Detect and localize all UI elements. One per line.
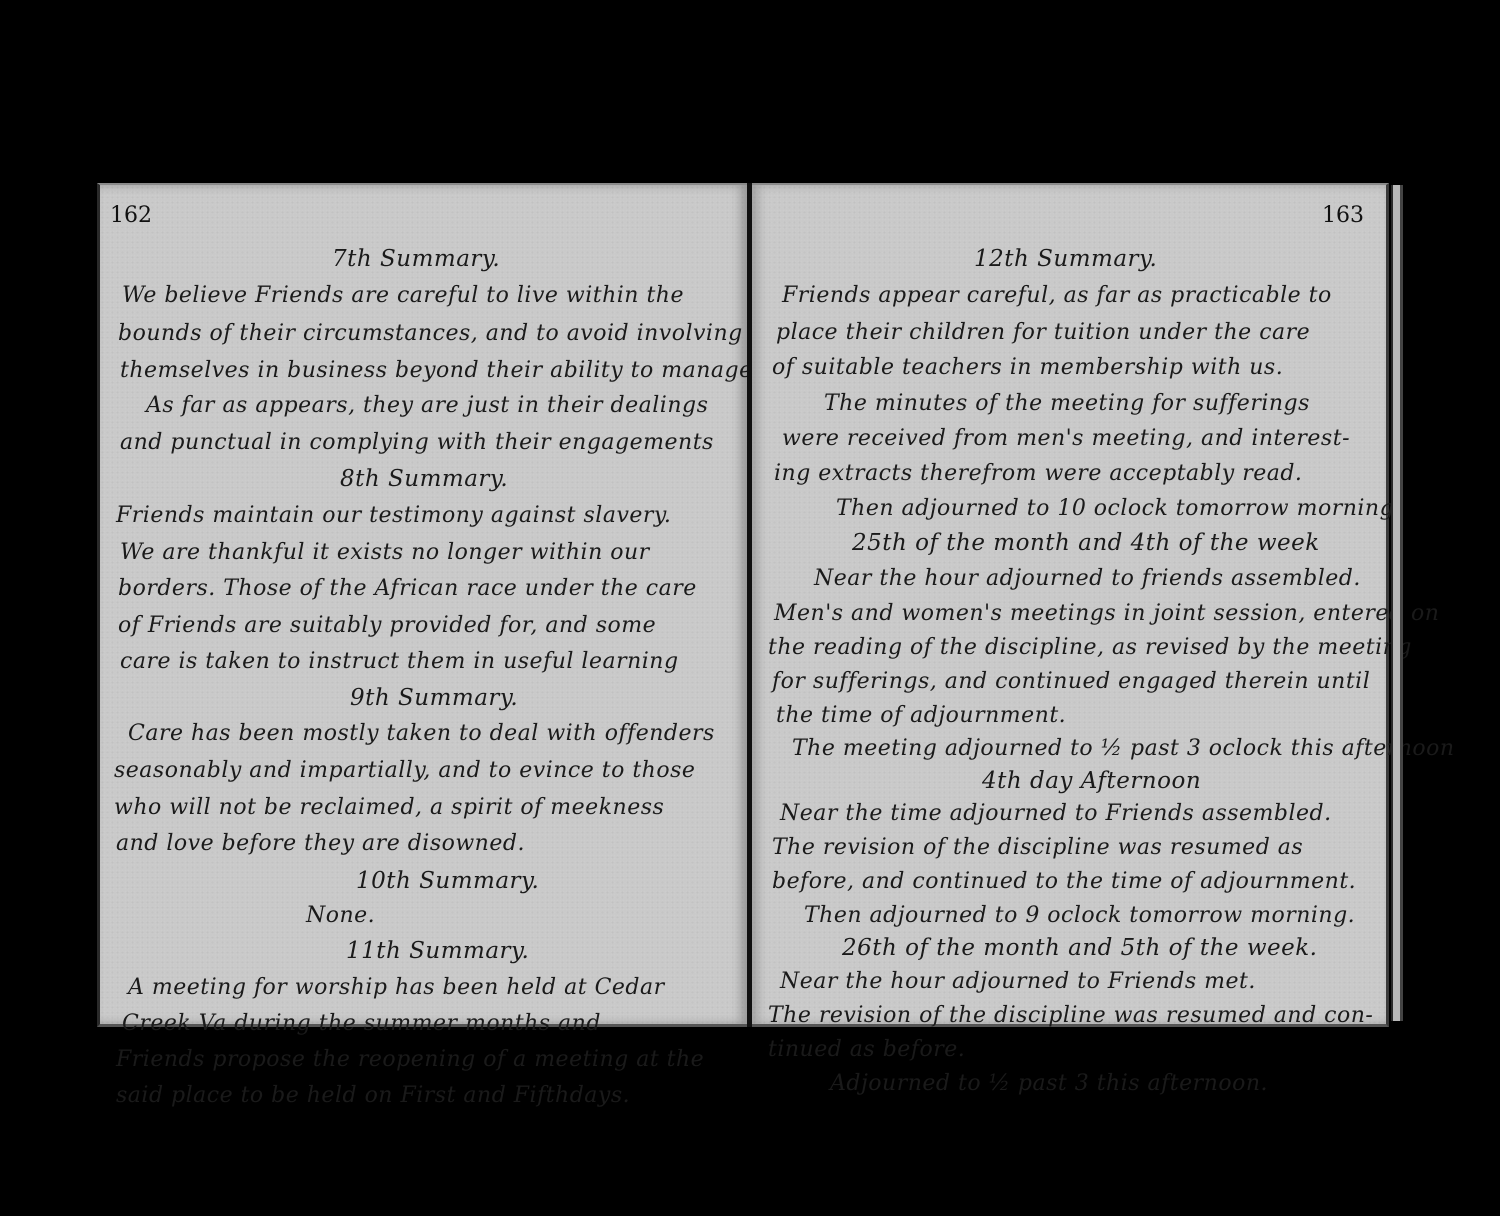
text-line: of suitable teachers in membership with … [772, 357, 1283, 379]
text-line: care is taken to instruct them in useful… [120, 651, 679, 673]
text-line: Friends propose the reopening of a meeti… [116, 1049, 704, 1071]
date-heading-26th: 26th of the month and 5th of the week. [842, 937, 1318, 960]
text-line: the time of adjournment. [776, 705, 1066, 727]
text-line: before, and continued to the time of adj… [772, 871, 1356, 893]
text-line: The minutes of the meeting for suffering… [824, 393, 1310, 415]
text-line: bounds of their circumstances, and to av… [118, 323, 743, 345]
left-page: 162 7th Summary. We believe Friends are … [97, 183, 747, 1027]
text-line: Men's and women's meetings in joint sess… [774, 603, 1439, 625]
text-line: Near the hour adjourned to friends assem… [814, 568, 1361, 590]
text-line: were received from men's meeting, and in… [782, 428, 1350, 450]
text-line: A meeting for worship has been held at C… [128, 977, 665, 999]
text-line: of Friends are suitably provided for, an… [118, 615, 656, 637]
text-line: and love before they are disowned. [116, 833, 525, 855]
text-line: Adjourned to ½ past 3 this afternoon. [830, 1073, 1268, 1095]
text-line: seasonably and impartially, and to evinc… [114, 760, 695, 782]
text-line: themselves in business beyond their abil… [120, 360, 753, 382]
text-line: Near the time adjourned to Friends assem… [780, 803, 1332, 825]
heading-8th-summary: 8th Summary. [340, 468, 508, 491]
text-line: the reading of the discipline, as revise… [768, 637, 1412, 659]
heading-7th-summary: 7th Summary. [332, 248, 500, 271]
page-number-left: 162 [110, 203, 152, 228]
text-line: The meeting adjourned to ½ past 3 oclock… [792, 738, 1455, 760]
text-line-none: None. [306, 905, 375, 927]
date-heading-25th: 25th of the month and 4th of the week [852, 532, 1320, 555]
page-edge-strip [1391, 185, 1403, 1021]
ledger-spread: 162 7th Summary. We believe Friends are … [95, 183, 1407, 1027]
text-line: tinued as before. [768, 1039, 965, 1061]
text-line: Near the hour adjourned to Friends met. [780, 971, 1256, 993]
text-line: The revision of the discipline was resum… [772, 837, 1303, 859]
heading-12th-summary: 12th Summary. [974, 248, 1157, 271]
text-line: We believe Friends are careful to live w… [122, 285, 684, 307]
text-line: for sufferings, and continued engaged th… [772, 671, 1370, 693]
text-line: Then adjourned to 10 oclock tomorrow mor… [836, 498, 1402, 520]
text-line: said place to be held on First and Fifth… [116, 1085, 630, 1107]
text-line: ing extracts therefrom were acceptably r… [774, 463, 1302, 485]
date-heading-4th-day-afternoon: 4th day Afternoon [982, 770, 1201, 793]
text-line: and punctual in complying with their eng… [120, 432, 714, 454]
text-line: who will not be reclaimed, a spirit of m… [114, 797, 664, 819]
text-line: The revision of the discipline was resum… [768, 1005, 1373, 1027]
text-line: Care has been mostly taken to deal with … [128, 723, 715, 745]
text-line: Then adjourned to 9 oclock tomorrow morn… [804, 905, 1355, 927]
heading-10th-summary: 10th Summary. [356, 870, 539, 893]
text-line: We are thankful it exists no longer with… [120, 542, 650, 564]
heading-9th-summary: 9th Summary. [350, 687, 518, 710]
heading-11th-summary: 11th Summary. [346, 940, 529, 963]
right-page: 163 12th Summary. Friends appear careful… [752, 183, 1389, 1027]
text-line: Friends appear careful, as far as practi… [782, 285, 1332, 307]
text-line: place their children for tuition under t… [776, 322, 1310, 344]
scan-background: 162 7th Summary. We believe Friends are … [0, 0, 1500, 1216]
text-line: Creek Va during the summer months and [122, 1013, 601, 1035]
text-line: Friends maintain our testimony against s… [116, 505, 671, 527]
page-number-right: 163 [1322, 203, 1364, 228]
text-line: borders. Those of the African race under… [118, 578, 697, 600]
text-line: As far as appears, they are just in thei… [146, 395, 708, 417]
